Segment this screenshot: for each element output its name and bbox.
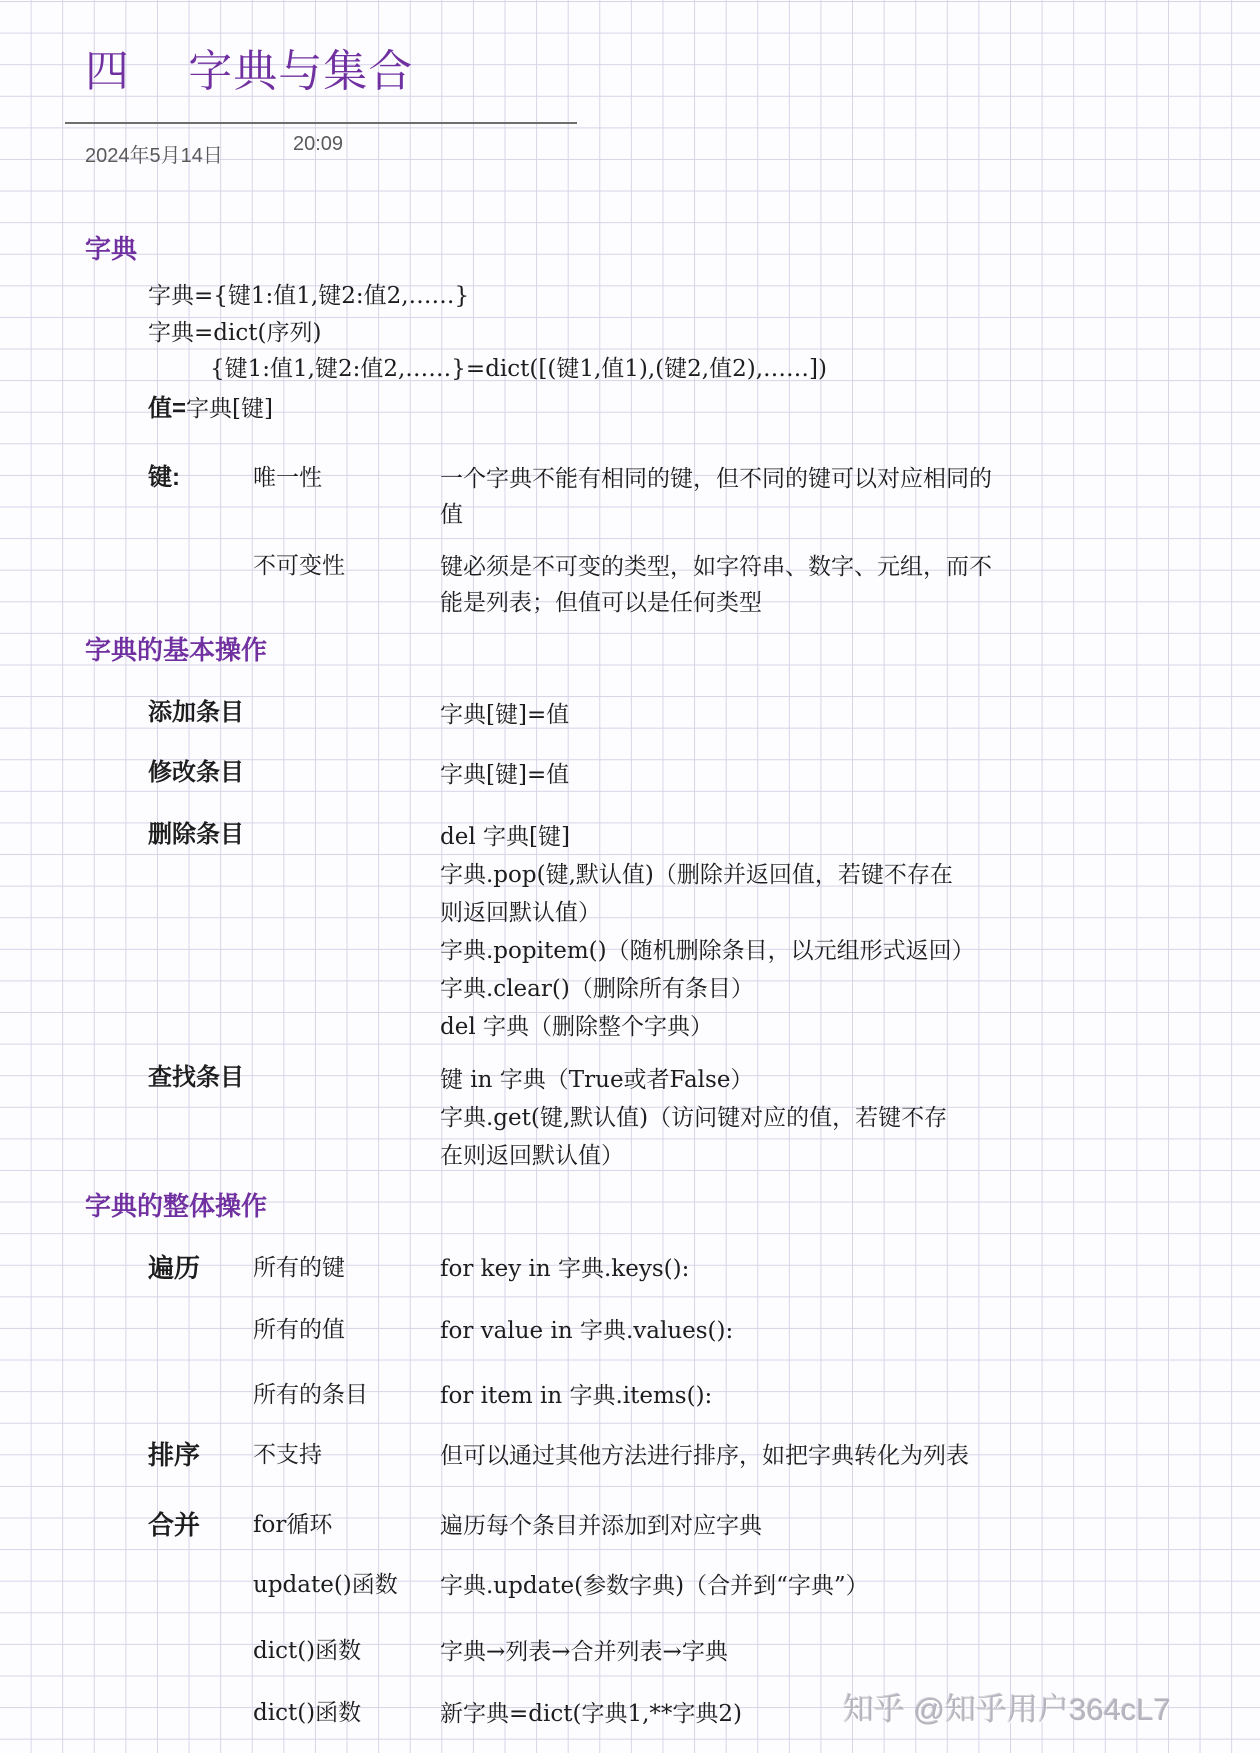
row-label: 合并 — [148, 1508, 253, 1544]
note-line-assignment: 值=字典[键] — [148, 394, 273, 424]
content-line: 字典[键]=值 — [440, 756, 970, 794]
section-heading-dict: 字典 — [85, 233, 137, 265]
row-sublabel: dict()函数 — [253, 1696, 440, 1732]
content-line: 字典.get(键,默认值)（访问键对应的值，若键不存在则返回默认值） — [440, 1099, 970, 1175]
row-label: 修改条目 — [148, 756, 440, 794]
title-rule — [65, 122, 577, 124]
row-label — [148, 1696, 253, 1732]
row-label: 删除条目 — [148, 818, 440, 1046]
row-sublabel: 所有的条目 — [253, 1378, 440, 1414]
note-date: 2024年5月14日 — [85, 139, 223, 168]
note-page: 四 字典与集合 2024年5月14日 20:09 字典 字典={键1:值1,键2… — [0, 0, 1260, 1753]
table-row: 键: 唯一性 一个字典不能有相同的键，但不同的键可以对应相同的值 — [148, 461, 1000, 533]
content-line: 字典.popitem()（随机删除条目，以元组形式返回） — [440, 932, 970, 970]
row-sublabel: dict()函数 — [253, 1634, 440, 1670]
row-label: 排序 — [148, 1438, 253, 1474]
content-line: 字典[键]=值 — [440, 696, 970, 734]
content-line: 键 in 字典（True或者False） — [440, 1061, 970, 1099]
table-row: 删除条目 del 字典[键] 字典.pop(键,默认值)（删除并返回值，若键不存… — [148, 818, 970, 1046]
row-sublabel: 不支持 — [253, 1438, 440, 1474]
row-label — [148, 1378, 253, 1414]
content-line: del 字典（删除整个字典） — [440, 1008, 970, 1046]
assignment-text: 字典[键] — [186, 396, 273, 422]
row-sublabel: for循环 — [253, 1508, 440, 1544]
row-content: 但可以通过其他方法进行排序，如把字典转化为列表 — [440, 1438, 1080, 1474]
content-line: 字典.clear()（删除所有条目） — [440, 970, 970, 1008]
row-label — [148, 1313, 253, 1349]
page-title: 四 字典与集合 — [85, 44, 413, 100]
table-row: update()函数 字典.update(参数字典)（合并到“字典”） — [148, 1568, 1080, 1604]
row-content: 遍历每个条目并添加到对应字典 — [440, 1508, 1080, 1544]
table-row: 合并 for循环 遍历每个条目并添加到对应字典 — [148, 1508, 1080, 1544]
table-row: 添加条目 字典[键]=值 — [148, 696, 970, 734]
row-content: 一个字典不能有相同的键，但不同的键可以对应相同的值 — [440, 461, 1000, 533]
row-label — [148, 1568, 253, 1604]
note-line: {键1:值1,键2:值2,……}=dict([(键1,值1),(键2,值2),…… — [210, 354, 827, 384]
table-row: 修改条目 字典[键]=值 — [148, 756, 970, 794]
row-content: for value in 字典.values(): — [440, 1313, 1080, 1349]
table-row: 所有的值 for value in 字典.values(): — [148, 1313, 1080, 1349]
note-time: 20:09 — [293, 133, 343, 156]
row-sublabel: 不可变性 — [253, 549, 440, 621]
table-row: 排序 不支持 但可以通过其他方法进行排序，如把字典转化为列表 — [148, 1438, 1080, 1474]
row-sublabel: update()函数 — [253, 1568, 440, 1604]
assignment-prefix: 值= — [148, 395, 186, 422]
row-label: 遍历 — [148, 1251, 253, 1287]
row-label — [148, 549, 253, 621]
row-sublabel: 所有的键 — [253, 1251, 440, 1287]
row-label: 查找条目 — [148, 1061, 440, 1175]
table-row: dict()函数 字典→列表→合并列表→字典 — [148, 1634, 1080, 1670]
row-content: 键 in 字典（True或者False） 字典.get(键,默认值)（访问键对应… — [440, 1061, 970, 1175]
row-content: del 字典[键] 字典.pop(键,默认值)（删除并返回值，若键不存在则返回默… — [440, 818, 970, 1046]
row-label: 键: — [148, 461, 253, 533]
table-row: 查找条目 键 in 字典（True或者False） 字典.get(键,默认值)（… — [148, 1061, 970, 1175]
table-row: 不可变性 键必须是不可变的类型，如字符串、数字、元组，而不能是列表；但值可以是任… — [148, 549, 1000, 621]
section-heading-whole-ops: 字典的整体操作 — [85, 1190, 267, 1222]
table-row: 所有的条目 for item in 字典.items(): — [148, 1378, 1080, 1414]
content-line: del 字典[键] — [440, 818, 970, 856]
row-sublabel: 所有的值 — [253, 1313, 440, 1349]
note-line: 字典={键1:值1,键2:值2,……} — [148, 281, 469, 311]
row-content: for item in 字典.items(): — [440, 1378, 1080, 1414]
content-line: 字典.pop(键,默认值)（删除并返回值，若键不存在则返回默认值） — [440, 856, 970, 932]
row-content: for key in 字典.keys(): — [440, 1251, 1080, 1287]
section-heading-basic-ops: 字典的基本操作 — [85, 634, 267, 666]
row-label: 添加条目 — [148, 696, 440, 734]
zhihu-watermark: 知乎 @知乎用户364cL7 — [843, 1684, 1171, 1729]
table-row: 遍历 所有的键 for key in 字典.keys(): — [148, 1251, 1080, 1287]
row-sublabel: 唯一性 — [253, 461, 440, 533]
row-content: 字典[键]=值 — [440, 696, 970, 734]
row-content: 字典.update(参数字典)（合并到“字典”） — [440, 1568, 1080, 1604]
row-content: 字典→列表→合并列表→字典 — [440, 1634, 1080, 1670]
row-content: 键必须是不可变的类型，如字符串、数字、元组，而不能是列表；但值可以是任何类型 — [440, 549, 1000, 621]
row-label — [148, 1634, 253, 1670]
note-line: 字典=dict(序列) — [148, 318, 321, 348]
row-content: 字典[键]=值 — [440, 756, 970, 794]
